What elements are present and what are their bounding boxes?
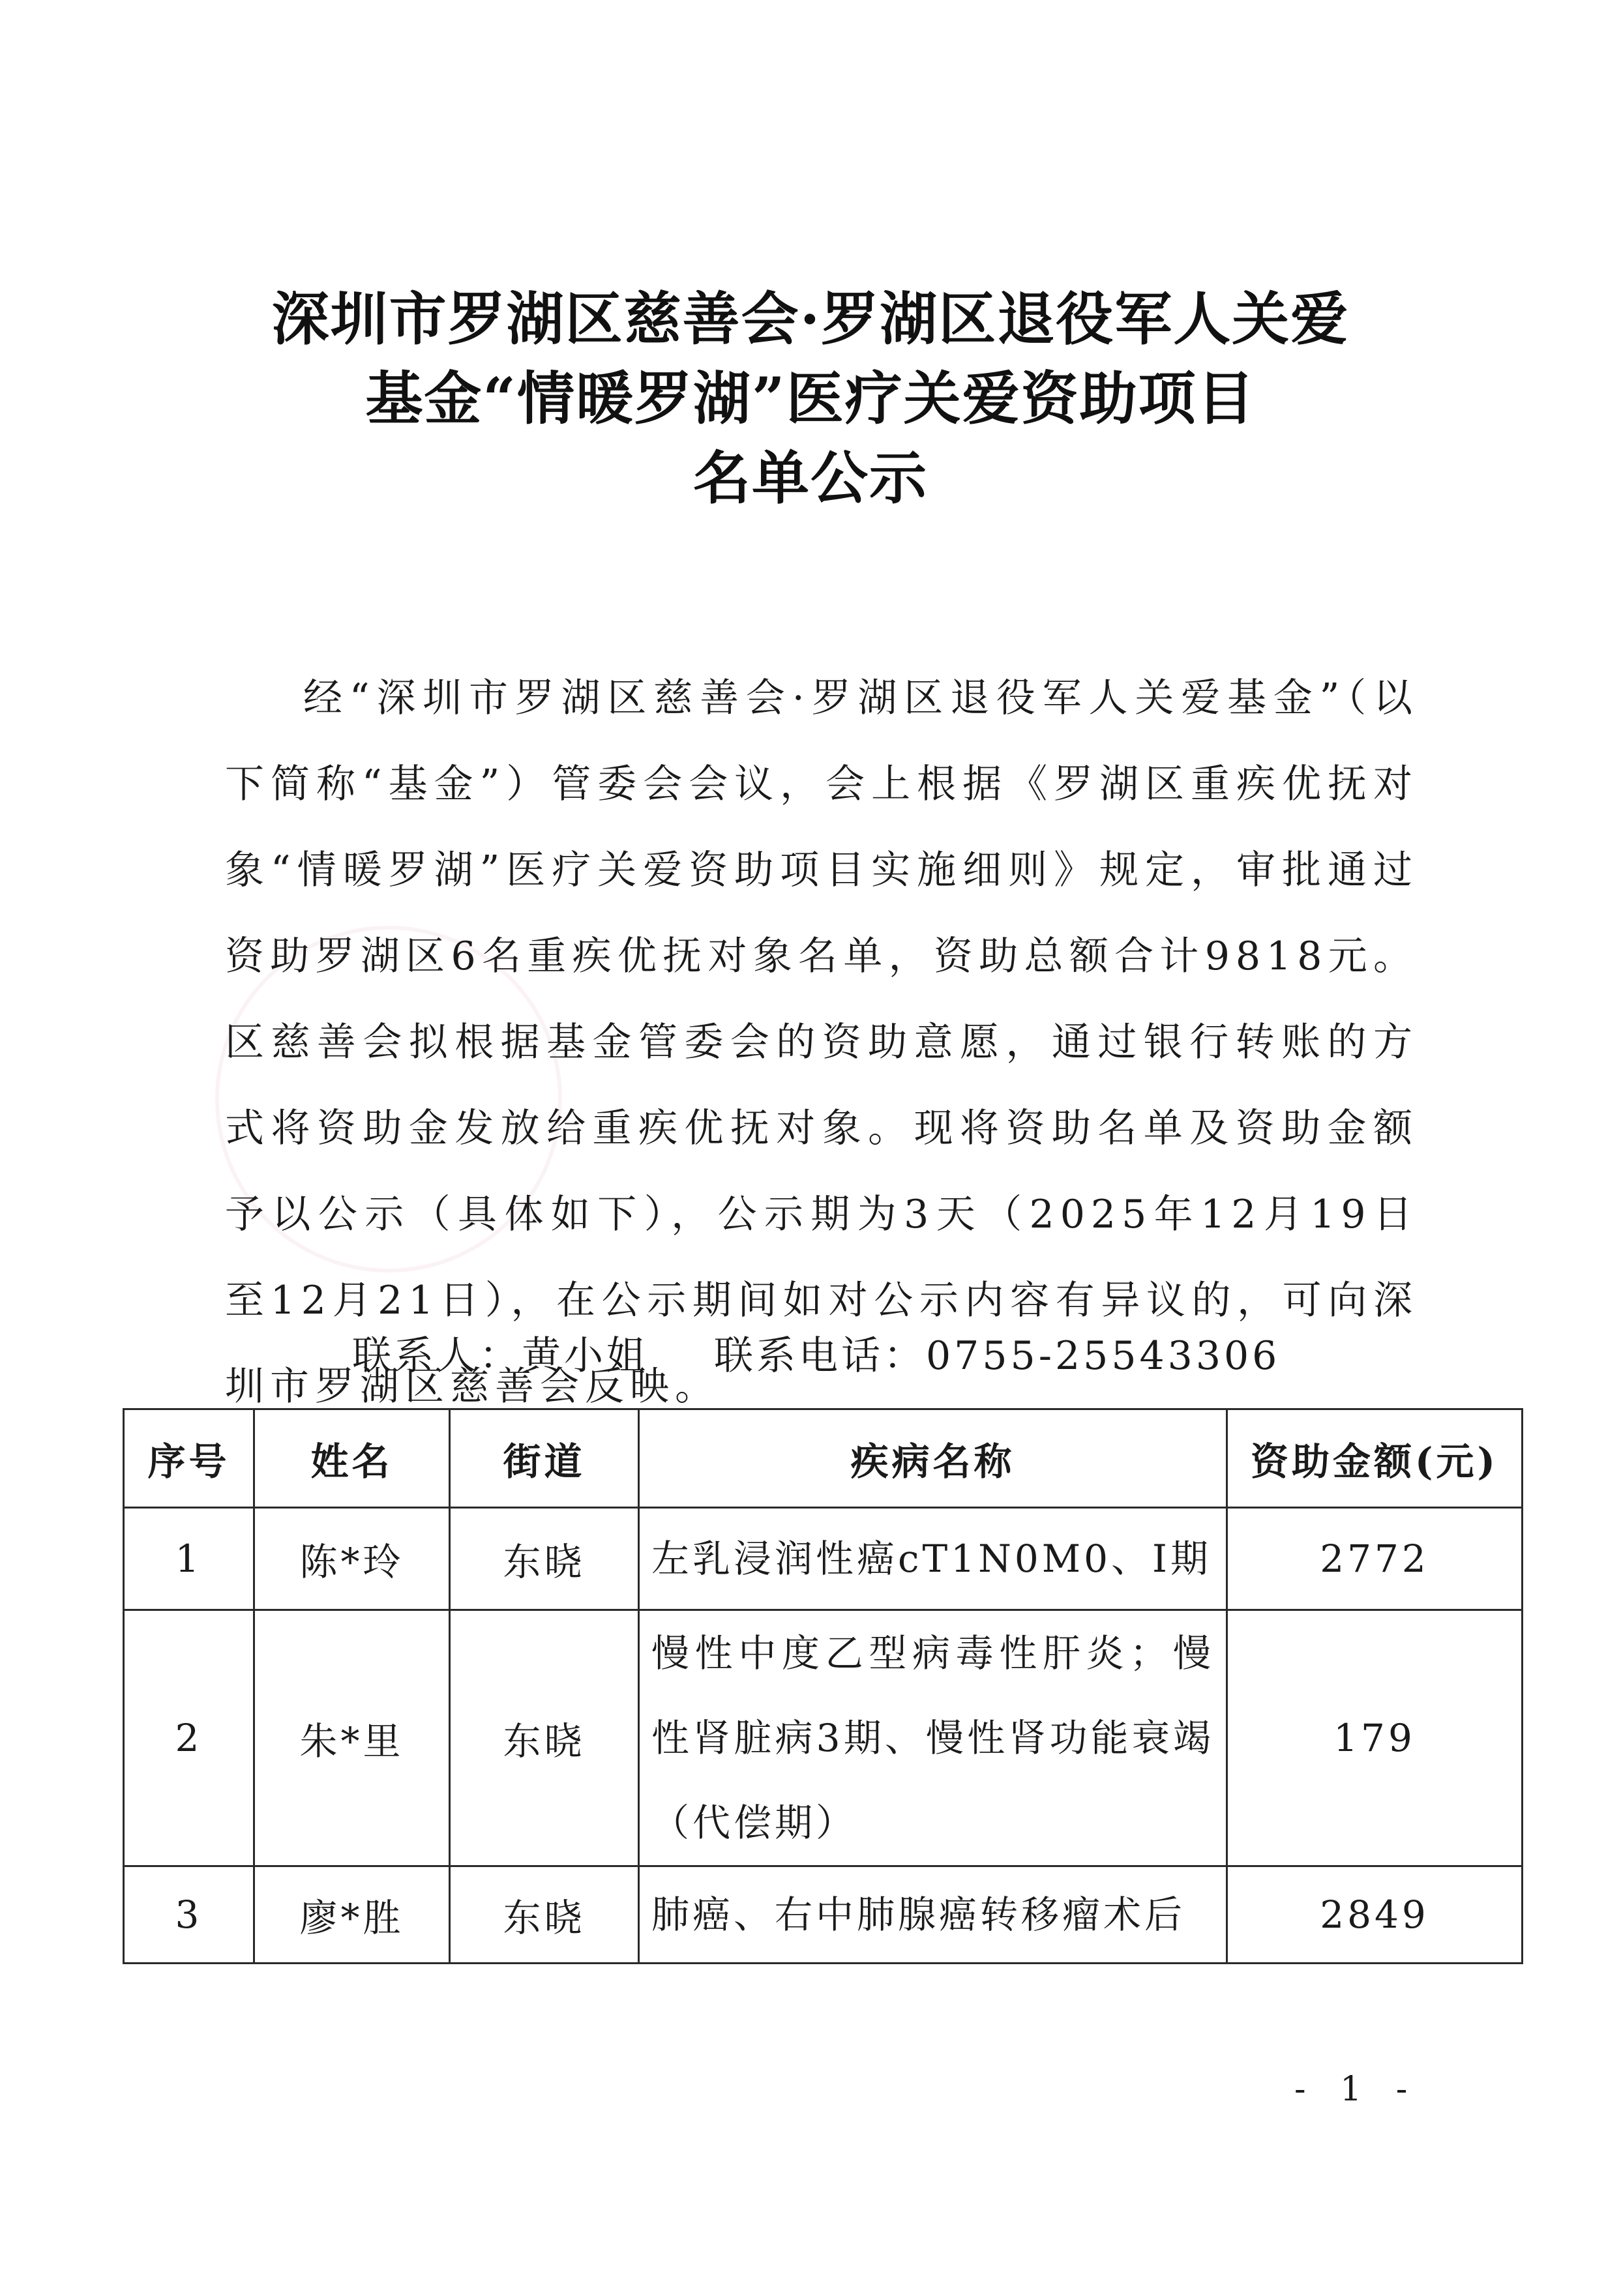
cell-no: 1 <box>124 1508 254 1610</box>
table-row: 2 朱*里 东晓 慢性中度乙型病毒性肝炎；慢性肾脏病3期、慢性肾功能衰竭（代偿期… <box>124 1610 1523 1866</box>
page-number: - 1 - <box>1294 2070 1419 2109</box>
cell-street: 东晓 <box>450 1508 639 1610</box>
cell-amount: 2772 <box>1227 1508 1523 1610</box>
cell-street: 东晓 <box>450 1610 639 1866</box>
table-header-row: 序号 姓名 街道 疾病名称 资助金额(元) <box>124 1409 1523 1508</box>
header-street: 街道 <box>450 1409 639 1508</box>
title-line-3: 名单公示 <box>0 438 1621 518</box>
cell-disease: 慢性中度乙型病毒性肝炎；慢性肾脏病3期、慢性肾功能衰竭（代偿期） <box>639 1610 1227 1866</box>
cell-name: 朱*里 <box>254 1610 450 1866</box>
contact-line: 联系人：黄小姐联系电话：0755-25543306 <box>352 1323 1280 1389</box>
cell-street: 东晓 <box>450 1866 639 1964</box>
cell-amount: 2849 <box>1227 1866 1523 1964</box>
cell-disease: 左乳浸润性癌cT1N0M0、Ⅰ期 <box>639 1508 1227 1610</box>
recipients-table: 序号 姓名 街道 疾病名称 资助金额(元) 1 陈*玲 东晓 左乳浸润性癌cT1… <box>123 1408 1523 1964</box>
title-line-1: 深圳市罗湖区慈善会·罗湖区退役军人关爱 <box>0 279 1621 359</box>
header-disease: 疾病名称 <box>639 1409 1227 1508</box>
table-row: 1 陈*玲 东晓 左乳浸润性癌cT1N0M0、Ⅰ期 2772 <box>124 1508 1523 1610</box>
contact-person: 黄小姐 <box>522 1333 649 1379</box>
document-title: 深圳市罗湖区慈善会·罗湖区退役军人关爱 基金“情暖罗湖”医疗关爱资助项目 名单公… <box>0 279 1621 518</box>
cell-no: 3 <box>124 1866 254 1964</box>
body-paragraph: 经“深圳市罗湖区慈善会·罗湖区退役军人关爱基金”（以下简称“基金”）管委会会议，… <box>225 655 1418 1430</box>
header-no: 序号 <box>124 1409 254 1508</box>
contact-phone-label: 联系电话： <box>714 1333 926 1379</box>
contact-person-label: 联系人： <box>352 1333 522 1379</box>
header-name: 姓名 <box>254 1409 450 1508</box>
cell-name: 陈*玲 <box>254 1508 450 1610</box>
contact-phone: 0755-25543306 <box>926 1333 1280 1379</box>
cell-amount: 179 <box>1227 1610 1523 1866</box>
header-amount: 资助金额(元) <box>1227 1409 1523 1508</box>
title-line-2: 基金“情暖罗湖”医疗关爱资助项目 <box>0 359 1621 438</box>
table-row: 3 廖*胜 东晓 肺癌、右中肺腺癌转移瘤术后 2849 <box>124 1866 1523 1964</box>
cell-name: 廖*胜 <box>254 1866 450 1964</box>
cell-disease: 肺癌、右中肺腺癌转移瘤术后 <box>639 1866 1227 1964</box>
cell-no: 2 <box>124 1610 254 1866</box>
